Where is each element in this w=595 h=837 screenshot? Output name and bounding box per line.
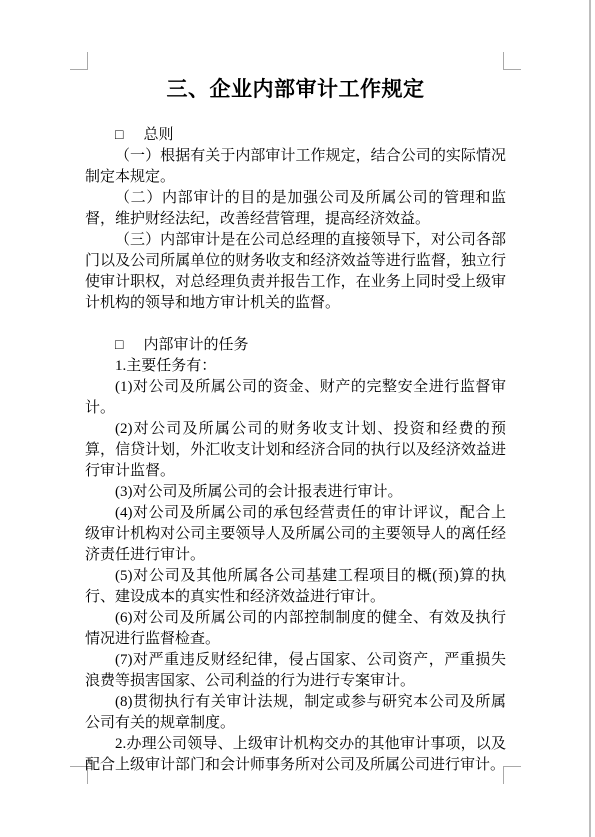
- section-heading-label: 总则: [143, 127, 173, 143]
- paragraph: （一）根据有关于内部审计工作规定，结合公司的实际情况制定本规定。: [85, 146, 506, 188]
- paragraph: （三）内部审计是在公司总经理的直接领导下，对公司各部门以及公司所属单位的财务收支…: [85, 230, 506, 314]
- paragraph: (8)贯彻执行有关审计法规，制定或参与研究本公司及所属公司有关的规章制度。: [85, 692, 506, 734]
- paragraph: (4)对公司及所属公司的承包经营责任的审计评议，配合上级审计机构对公司主要领导人…: [85, 503, 506, 566]
- document-title: 三、企业内部审计工作规定: [85, 72, 506, 106]
- document-page: 三、企业内部审计工作规定 □总则 （一）根据有关于内部审计工作规定，结合公司的实…: [0, 0, 595, 837]
- document-body: 三、企业内部审计工作规定 □总则 （一）根据有关于内部审计工作规定，结合公司的实…: [85, 69, 506, 776]
- paragraph: (5)对公司及其他所属各公司基建工程项目的概(预)算的执行、建设成本的真实性和经…: [85, 566, 506, 608]
- page-edge-line: [589, 0, 591, 837]
- paragraph: （二）内部审计的目的是加强公司及所属公司的管理和监督，维护财经法纪，改善经营管理…: [85, 188, 506, 230]
- paragraph: (3)对公司及所属公司的会计报表进行审计。: [85, 482, 506, 503]
- paragraph: (7)对严重违反财经纪律，侵占国家、公司资产，严重损失浪费等损害国家、公司利益的…: [85, 650, 506, 692]
- square-bullet-icon: □: [115, 335, 123, 356]
- paragraph: (1)对公司及所属公司的资金、财产的完整安全进行监督审计。: [85, 377, 506, 419]
- section-heading-general-rules: □总则: [85, 125, 506, 146]
- paragraph: 1.主要任务有：: [85, 356, 506, 377]
- square-bullet-icon: □: [115, 125, 123, 146]
- section-heading-label: 内部审计的任务: [143, 337, 248, 353]
- paragraph: 2.办理公司领导、上级审计机构交办的其他审计事项，以及配合上级审计部门和会计师事…: [85, 734, 506, 776]
- text-boundary-mark-top-right: [503, 52, 521, 70]
- section-heading-audit-tasks: □内部审计的任务: [85, 335, 506, 356]
- text-boundary-mark-top-left: [70, 52, 88, 70]
- paragraph: (6)对公司及所属公司的内部控制制度的健全、有效及执行情况进行监督检查。: [85, 608, 506, 650]
- paragraph: (2)对公司及所属公司的财务收支计划、投资和经费的预算，信贷计划，外汇收支计划和…: [85, 419, 506, 482]
